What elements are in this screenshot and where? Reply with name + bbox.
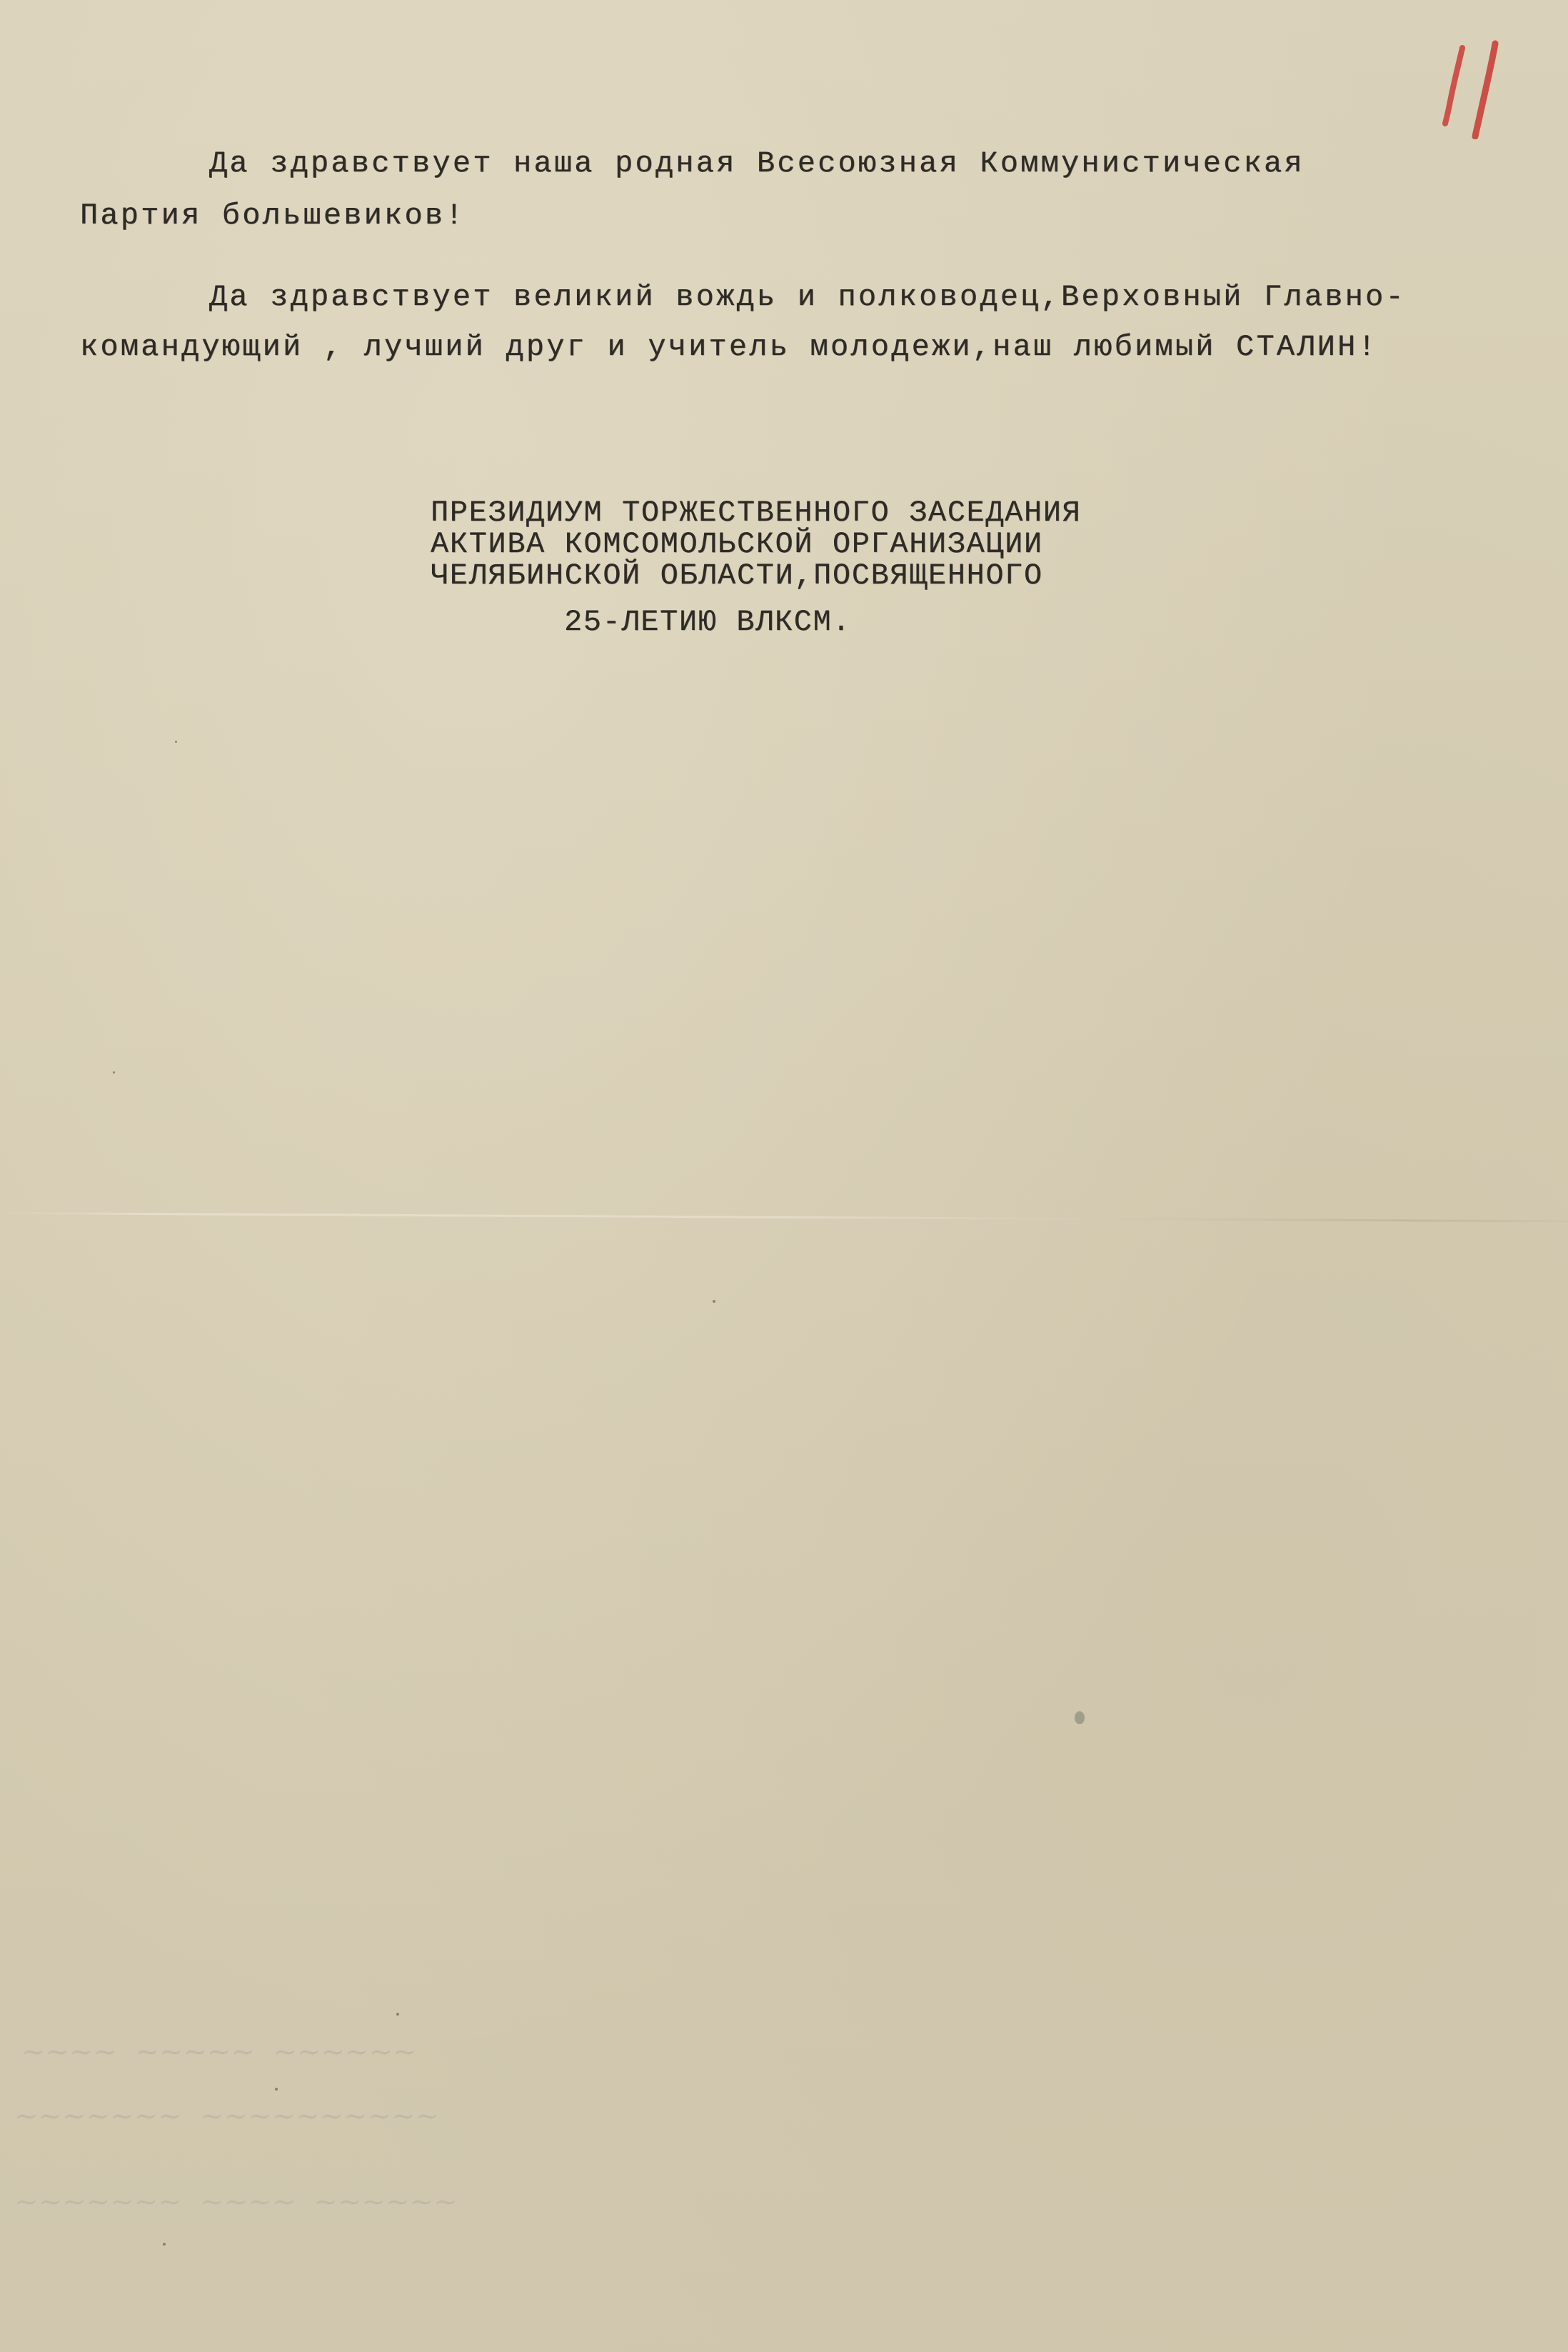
paper-speck [713,1300,715,1303]
paper-speck [163,2243,166,2246]
paragraph-1-line-1: Да здравствует наша родная Всесоюзная Ко… [209,149,1305,179]
paper-speck [113,1071,115,1074]
paper-speck [275,2088,278,2091]
bleed-through-text: ~~~~ ~~~~~ ~~~~~~ [21,2036,417,2068]
paragraph-2-line-2: командующий , лучший друг и учитель моло… [80,332,1378,362]
signature-line-4: 25-ЛЕТИЮ ВЛКСМ. [564,607,851,637]
signature-line-1: ПРЕЗИДИУМ ТОРЖЕСТВЕННОГО ЗАСЕДАНИЯ [431,498,1081,528]
paragraph-2-line-1: Да здравствует великий вождь и полководе… [209,282,1406,312]
bleed-through-text: ~~~~~~~ ~~~~~~~~~~ [14,2100,439,2133]
signature-line-2: АКТИВА КОМСОМОЛЬСКОЙ ОРГАНИЗАЦИИ [431,529,1043,559]
signature-line-3: ЧЕЛЯБИНСКОЙ ОБЛАСТИ,ПОСВЯЩЕННОГО [431,561,1043,591]
paper-speck [396,2013,399,2016]
paper-speck [175,741,177,743]
paper-fold-line [0,1212,1568,1222]
bleed-through-text: ~~~~~~~ ~~~~ ~~~~~~ [14,2186,458,2218]
folio-number-handwritten: 11 [1435,39,1514,139]
red-pencil-mark-icon [1435,39,1514,139]
document-page: 11 Да здравствует наша родная Всесоюзная… [0,0,1568,2352]
paragraph-1-line-2: Партия большевиков! [80,201,466,231]
paper-speck [1075,1711,1085,1724]
